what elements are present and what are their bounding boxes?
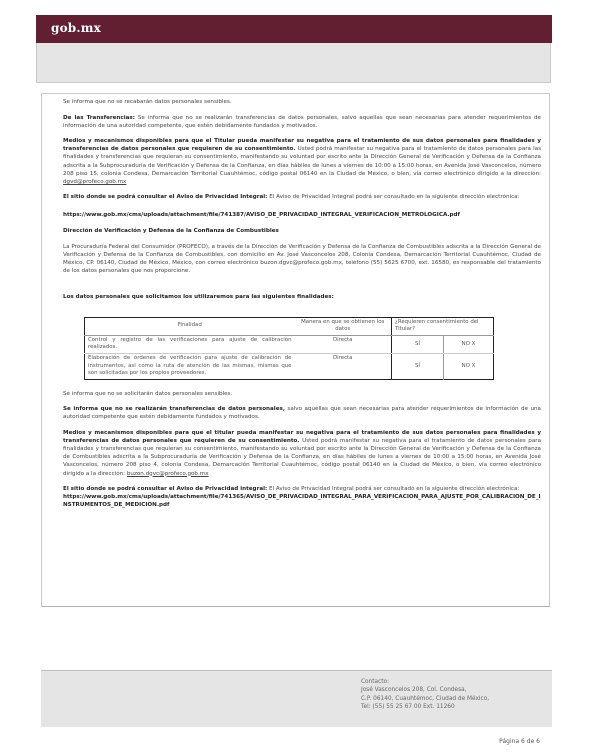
purposes-table: Finalidad Manera en que se obtienen los … bbox=[84, 317, 494, 380]
transfers-label: De las Transferencias: bbox=[63, 115, 135, 121]
privacy-notice-url-2[interactable]: https://www.gob.mx/cms/uploads/attachmen… bbox=[63, 493, 541, 509]
refusal-means-paragraph-2: Medios y mecanismos disponibles para que… bbox=[63, 429, 541, 478]
page-number: Página 6 de 6 bbox=[499, 738, 540, 745]
privacy-notice-url[interactable]: https://www.gob.mx/cms/uploads/attachmen… bbox=[63, 211, 541, 219]
sensitive-data-notice-2: Se informa que no se solicitarán datos p… bbox=[63, 390, 541, 398]
purposes-title: Los datos personales que solicitamos los… bbox=[63, 293, 541, 301]
gob-mx-logo[interactable]: gob.mx bbox=[51, 21, 101, 35]
refusal-means-paragraph: Medios y mecanismos disponibles para que… bbox=[63, 137, 541, 186]
direction-text: La Procuraduría Federal del Consumidor (… bbox=[63, 243, 541, 275]
table-row: Elaboración de órdenes de verificación p… bbox=[85, 353, 494, 379]
table-row: Control y registro de las verificaciones… bbox=[85, 335, 494, 353]
email-link[interactable]: dgvd@profeco.gob.mx bbox=[63, 179, 126, 185]
header-bar: gob.mx bbox=[36, 15, 552, 43]
document-body: Se informa que no se recabarán datos per… bbox=[41, 93, 550, 607]
privacy-site-label: El sitio donde se podrá consultar el Avi… bbox=[63, 194, 267, 200]
privacy-site-paragraph: El sitio donde se podrá consultar el Avi… bbox=[63, 193, 541, 201]
sub-header-bar bbox=[36, 43, 551, 83]
privacy-site-paragraph-2: El sitio donde se podrá consultar el Avi… bbox=[63, 485, 541, 493]
contact-label: Contacto: bbox=[361, 678, 489, 686]
contact-address-1: José Vasconcelos 208, Col. Condesa, bbox=[361, 686, 489, 694]
header-finalidad: Finalidad bbox=[85, 317, 295, 335]
header-consentimiento: ¿Requieren consentimiento del Titular? bbox=[392, 317, 494, 335]
header-manera: Manera en que se obtienen los datos bbox=[295, 317, 392, 335]
direction-title: Dirección de Verificación y Defensa de l… bbox=[63, 227, 541, 235]
transfers-paragraph: De las Transferencias: Se informa que no… bbox=[63, 114, 541, 130]
contact-address-2: C.P. 06140, Cuauhtémoc, Ciudad de México… bbox=[361, 695, 489, 703]
transfers-paragraph-2: Se informa que no se realizarán transfer… bbox=[63, 405, 541, 421]
footer: Contacto: José Vasconcelos 208, Col. Con… bbox=[41, 670, 552, 727]
contact-phone: Tel: (55) 55 25 67 00 Ext. 11260 bbox=[361, 703, 489, 711]
contact-block: Contacto: José Vasconcelos 208, Col. Con… bbox=[361, 678, 489, 712]
sensitive-data-notice: Se informa que no se recabarán datos per… bbox=[63, 98, 541, 106]
table-header-row: Finalidad Manera en que se obtienen los … bbox=[85, 317, 494, 335]
email-link-2[interactable]: buzon.dgvc@profeco.gob.mx bbox=[127, 471, 209, 477]
